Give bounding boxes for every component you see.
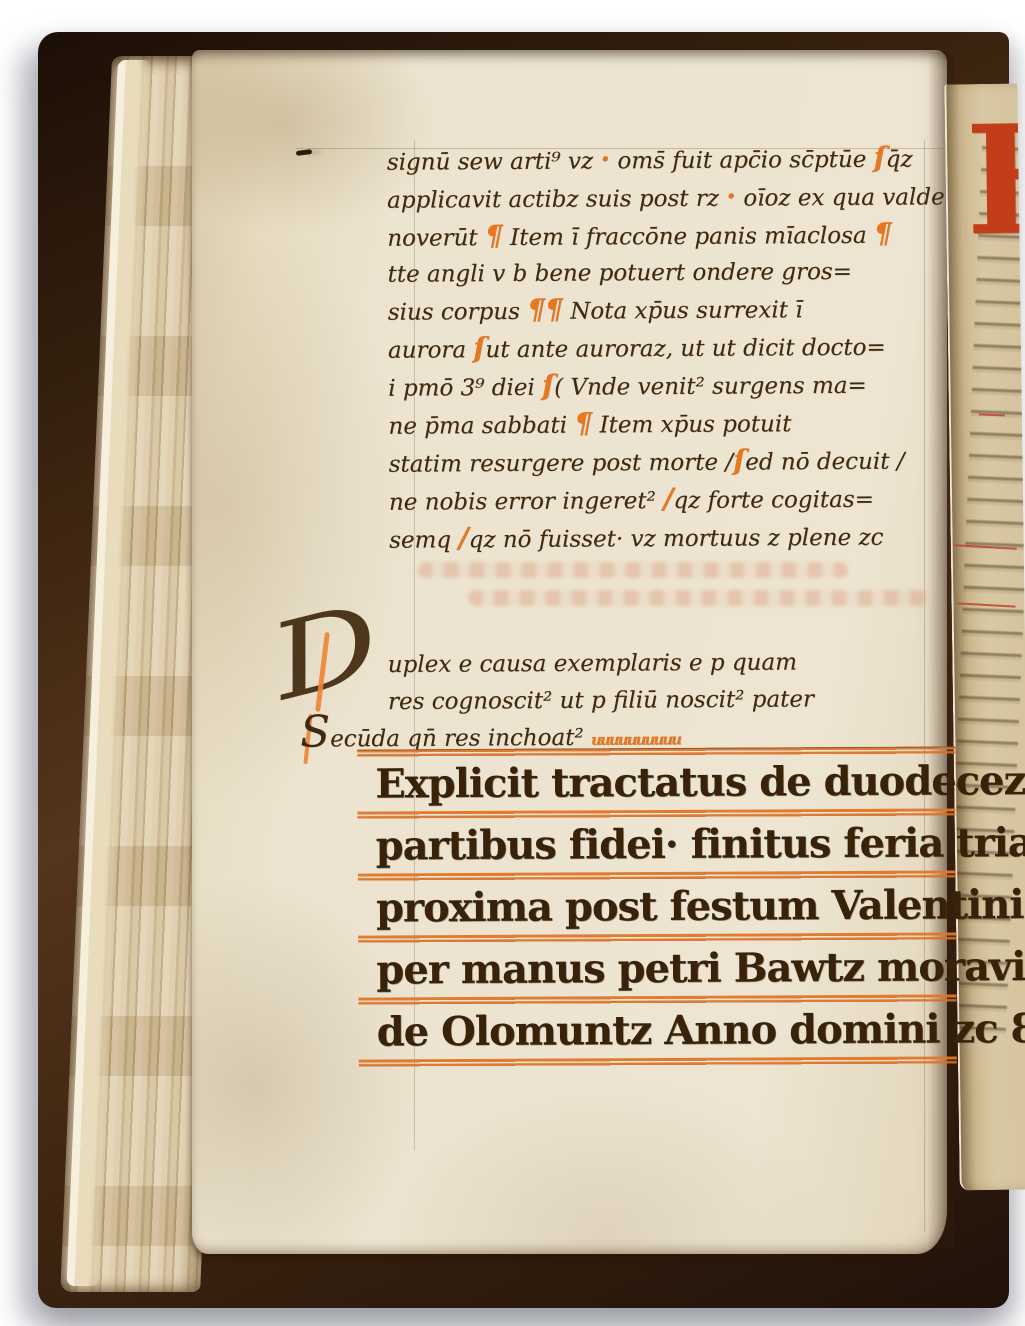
rubric-mark: ¶ <box>485 219 503 252</box>
ink-text: qz forte cogitas= <box>673 487 874 514</box>
manuscript-line: tte angli v b bene potuert ondere gros= <box>387 253 947 292</box>
ink-text: i pmō 3⁹ diei <box>388 375 542 402</box>
ink-text: signū sew arti⁹ vz <box>387 148 601 175</box>
ink-text: ut ante auroraz, ut ut dicit docto= <box>485 335 885 363</box>
rubric-mark: · <box>600 142 610 175</box>
ink-text: Item ī fraccōne panis mīaclosa <box>503 223 874 251</box>
rubric-mark: ¶ <box>874 217 892 250</box>
text-block-main: signū sew arti⁹ vz · oms̄ fuit apc̄io sc… <box>387 139 950 558</box>
manuscript-line: i pmō 3⁹ diei ſ( Vnde venit² surgens ma= <box>388 365 948 406</box>
ink-text: ne nobis error ingeret² <box>389 488 663 516</box>
ink-text: sius corpus <box>388 299 528 326</box>
rubric-mark: ¶¶ <box>527 293 563 326</box>
explicit-line: proxima post festum Valentini <box>362 878 954 935</box>
rubric-mark: ¶ <box>574 406 592 439</box>
manuscript-line: noverūt ¶ Item ī fraccōne panis mīaclosa… <box>387 215 947 256</box>
ink-text: q̄z <box>886 147 913 173</box>
ink-text: oms̄ fuit apc̄io sc̄ptūe <box>610 147 874 175</box>
rubric-mark: ſ <box>542 369 554 402</box>
rubric-mark: ſ <box>473 331 485 364</box>
rubric-line-filler: uuuuuuuuuu <box>591 730 680 749</box>
manuscript-line: applicavit actibz suis post rz · oīoz ex… <box>387 177 947 218</box>
facing-page-red-initial: H <box>965 104 1025 256</box>
rubric-mark: ſ <box>874 141 886 174</box>
rubric-mark: / <box>458 521 468 554</box>
explicit-line: de Olomuntz Anno domini zc 80. <box>363 1002 955 1059</box>
ink-text: aurora <box>388 337 474 364</box>
manuscript-line: semq /qz nō fuisset· vz mortuus z plene … <box>389 517 949 558</box>
ink-text: ( Vnde venit² surgens ma= <box>554 373 867 401</box>
explicit-line: partibus fidei· finitus feria tria <box>362 816 954 873</box>
manuscript-line: uplex e causa exemplaris e p quam <box>300 644 814 684</box>
ink-text: ne p̄ma sabbati <box>388 413 574 440</box>
ink-text: applicavit actibz suis post rz <box>387 186 726 214</box>
ink-text: uplex e causa exemplaris e p quam <box>388 650 797 678</box>
ink-text: ed nō decuit / <box>745 449 904 476</box>
manuscript-line: ne p̄ma sabbati ¶ Item xp̄us potuit <box>388 403 948 444</box>
ink-text: oīoz ex qua valde <box>736 184 945 211</box>
ink-text: semq <box>389 527 458 553</box>
manuscript-line: signū sew arti⁹ vz · oms̄ fuit apc̄io sc… <box>387 139 947 180</box>
ink-text: tte angli v b bene potuert ondere gros= <box>387 259 852 288</box>
explicit-line: per manus petri Bawtz moravi <box>362 940 954 997</box>
rubric-mark: ſ <box>733 444 745 477</box>
ink-text: qz nō fuisset· vz mortuus z plene zc <box>469 525 884 554</box>
manuscript-line: res cognoscit² ut p filiū noscit² pater <box>300 681 814 721</box>
explicit-colophon: Explicit tractatus de duodecezpartibus f… <box>361 746 955 1067</box>
manuscript-line: sius corpus ¶¶ Nota xp̄us surrexit ī <box>388 289 948 330</box>
text-block-duplex: uplex e causa exemplaris e p quamres cog… <box>300 644 815 760</box>
ink-text: noverūt <box>387 225 485 252</box>
manuscript-line: aurora ſut ante auroraz, ut ut dicit doc… <box>388 327 948 368</box>
ink-text: Nota xp̄us surrexit ī <box>563 297 803 324</box>
manuscript-line: ne nobis error ingeret² /qz forte cogita… <box>389 479 949 520</box>
rubric-mark: · <box>726 180 736 213</box>
ink-text: Item xp̄us potuit <box>592 411 791 438</box>
ink-text: res cognoscit² ut p filiū noscit² pater <box>388 686 814 715</box>
show-through-text <box>398 556 933 622</box>
ink-text: statim resurgere post morte / <box>389 450 734 478</box>
manuscript-photo: H signū sew arti⁹ vz · oms̄ fuit apc̄io … <box>0 0 1025 1326</box>
explicit-line: Explicit tractatus de duodecez <box>361 754 953 811</box>
manuscript-line: statim resurgere post morte /ſed nō decu… <box>389 441 949 482</box>
